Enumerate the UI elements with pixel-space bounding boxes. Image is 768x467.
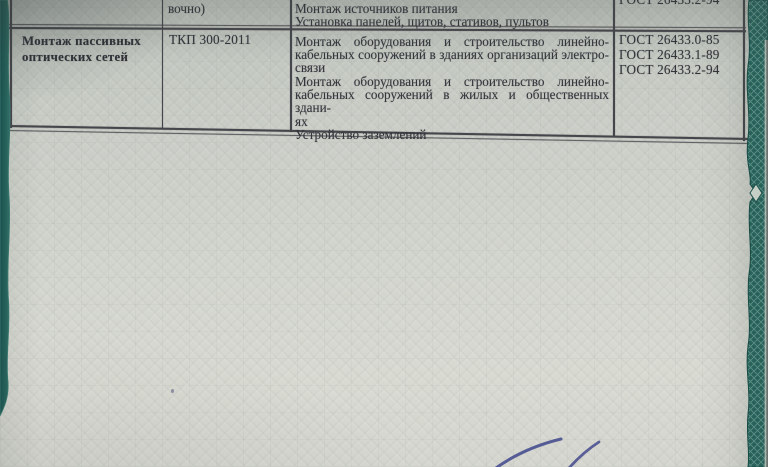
left-guilloche-border (0, 0, 24, 467)
table-left-border (10, 0, 12, 128)
cell-activity-name: Монтаж пассивных оптических сетей (22, 33, 160, 65)
work-line: кабельных сооружений в жилых и обществен… (295, 88, 609, 115)
cell-gost-list: ГОСТ 26433.0-85 ГОСТ 26433.1-89 ГОСТ 264… (619, 32, 720, 77)
ink-speck (171, 389, 174, 393)
signature-stroke-1 (496, 439, 561, 467)
right-border-wave (747, 0, 768, 467)
activity-name-line: Монтаж пассивных (22, 33, 160, 49)
cell-tkp-code: ТКП 300-2011 (169, 33, 251, 47)
left-border-wave (0, 0, 10, 416)
cell-duration-tail: вочно) (168, 2, 205, 16)
diamond-motif (750, 184, 762, 202)
table-right-border (743, 0, 745, 141)
activity-name-line: оптических сетей (22, 49, 160, 65)
work-line: Монтаж источников питания (295, 2, 607, 16)
work-line: связи (295, 61, 609, 74)
right-border-net (747, 0, 768, 467)
table-col-divider-3 (613, 0, 615, 137)
work-line: кабельных сооружений в зданиях организац… (295, 48, 609, 61)
work-line: Установка панелей, щитов, стативов, пуль… (295, 15, 607, 29)
gost-line: ГОСТ 26433.2-94 (619, 62, 720, 77)
table-col-divider-1 (162, 0, 164, 129)
work-line: Монтаж оборудования и строительство лине… (295, 75, 609, 88)
certificate-photo: вочно) Монтаж источников питания Установ… (0, 0, 768, 467)
cell-works-list: Монтаж оборудования и строительство лине… (295, 35, 609, 142)
gost-line: ГОСТ 26433.1-89 (619, 47, 720, 62)
work-line: ях (295, 115, 609, 128)
cell-works-partial: Монтаж источников питания Установка пане… (295, 2, 607, 30)
work-line: Устройство заземлений (295, 128, 609, 141)
gost-line: ГОСТ 26433.0-85 (619, 32, 720, 47)
signature-stroke-2 (569, 442, 599, 467)
work-line: Монтаж оборудования и строительство лине… (295, 35, 609, 48)
cell-gost-partial: ГОСТ 26433.2-94 (619, 0, 720, 7)
table-col-divider-2 (290, 0, 292, 132)
page-edge-highlight (765, 40, 767, 467)
